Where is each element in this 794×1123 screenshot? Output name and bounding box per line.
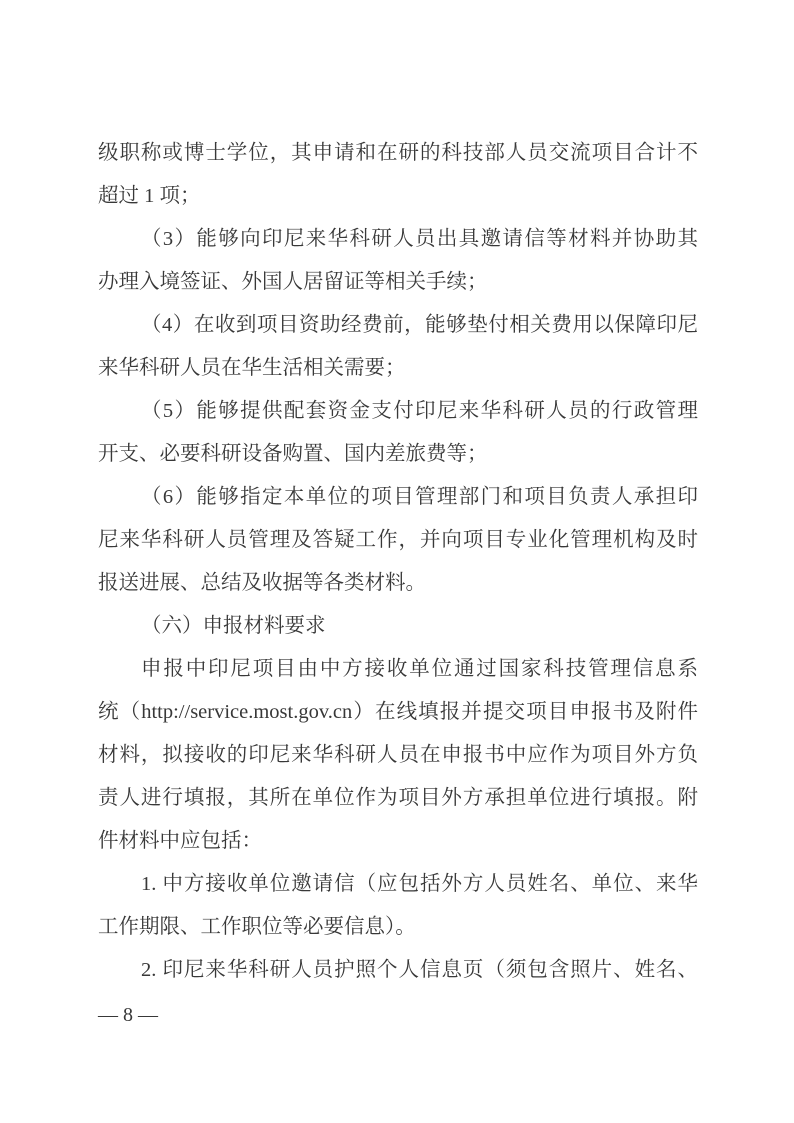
text-line-7: （5）能够提供配套资金支付印尼来华科研人员的行政管理: [98, 390, 698, 433]
text-line-3: （3）能够向印尼来华科研人员出具邀请信等材料并协助其: [98, 218, 698, 261]
document-body: 级职称或博士学位，其申请和在研的科技部人员交流项目合计不超过 1 项；（3）能够…: [98, 132, 698, 992]
text-line-13: 申报中印尼项目由中方接收单位通过国家科技管理信息系: [98, 648, 698, 691]
text-line-5: （4）在收到项目资助经费前，能够垫付相关费用以保障印尼: [98, 304, 698, 347]
text-line-1: 级职称或博士学位，其申请和在研的科技部人员交流项目合计不: [98, 132, 698, 175]
text-line-20: 2. 印尼来华科研人员护照个人信息页（须包含照片、姓名、: [98, 949, 698, 992]
text-line-2: 超过 1 项；: [98, 175, 698, 218]
page-number: — 8 —: [98, 1004, 158, 1026]
text-line-17: 件材料中应包括：: [98, 820, 698, 863]
text-line-8: 开支、必要科研设备购置、国内差旅费等；: [98, 433, 698, 476]
text-line-6: 来华科研人员在华生活相关需要；: [98, 347, 698, 390]
text-line-18: 1. 中方接收单位邀请信（应包括外方人员姓名、单位、来华: [98, 863, 698, 906]
text-line-11: 报送进展、总结及收据等各类材料。: [98, 562, 698, 605]
text-line-14: 统（http://service.most.gov.cn）在线填报并提交项目申报…: [98, 691, 698, 734]
text-line-19: 工作期限、工作职位等必要信息）。: [98, 906, 698, 949]
text-line-15: 材料，拟接收的印尼来华科研人员在申报书中应作为项目外方负: [98, 734, 698, 777]
page-footer: — 8 —: [98, 1001, 158, 1029]
text-line-10: 尼来华科研人员管理及答疑工作，并向项目专业化管理机构及时: [98, 519, 698, 562]
text-line-4: 办理入境签证、外国人居留证等相关手续；: [98, 261, 698, 304]
document-page: 级职称或博士学位，其申请和在研的科技部人员交流项目合计不超过 1 项；（3）能够…: [0, 0, 794, 1123]
text-line-9: （6）能够指定本单位的项目管理部门和项目负责人承担印: [98, 476, 698, 519]
text-line-12: （六）申报材料要求: [98, 605, 698, 648]
text-line-16: 责人进行填报，其所在单位作为项目外方承担单位进行填报。附: [98, 777, 698, 820]
